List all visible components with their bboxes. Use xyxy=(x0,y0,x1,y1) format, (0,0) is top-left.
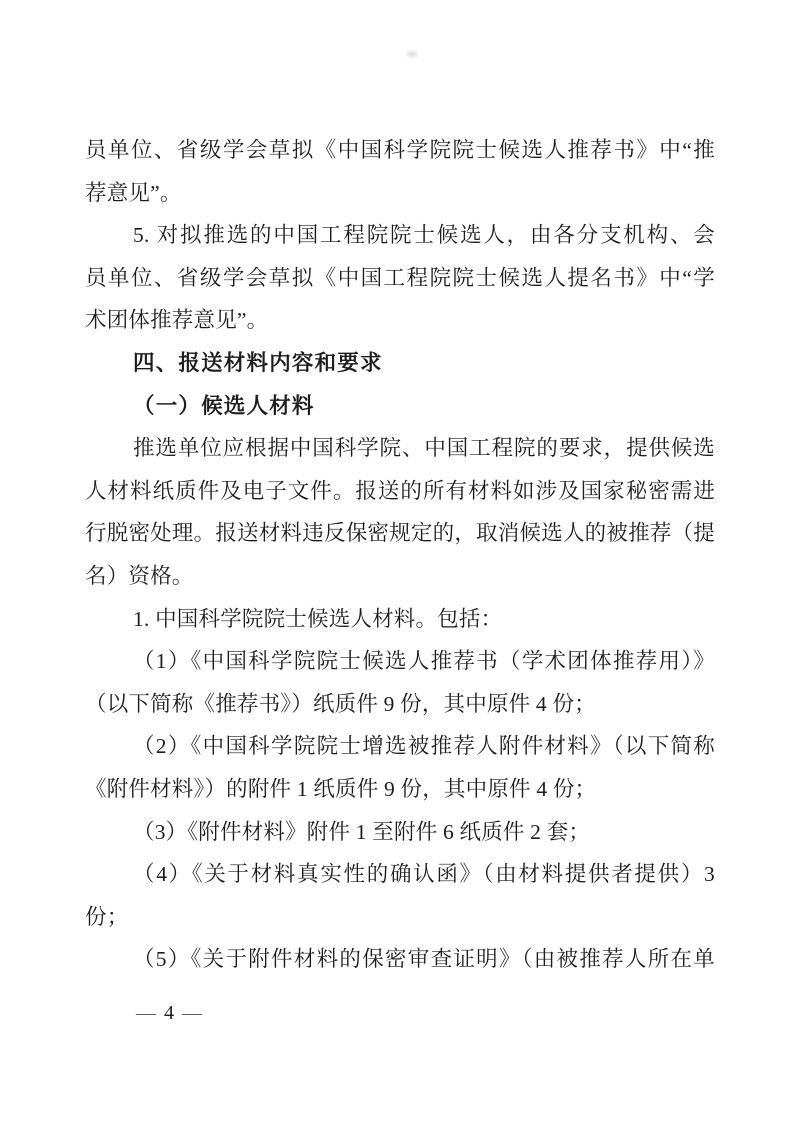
text-line: 员单位、省级学会草拟《中国科学院院士候选人推荐书》中“推 xyxy=(85,129,715,172)
text-line: 荐意见”。 xyxy=(85,172,715,215)
page-number: 4 xyxy=(164,1002,174,1024)
text-line: 推选单位应根据中国科学院、中国工程院的要求，提供候选 xyxy=(85,427,715,470)
text-line: 术团体推荐意见”。 xyxy=(85,299,715,342)
text-line: 员单位、省级学会草拟《中国工程院院士候选人提名书》中“学 xyxy=(85,257,715,300)
heading-line: （一）候选人材料 xyxy=(85,385,715,428)
footer-dash-left: — xyxy=(136,1002,156,1024)
text-line: （4）《关于材料真实性的确认函》（由材料提供者提供）3 xyxy=(85,853,715,896)
text-line: （5）《关于附件材料的保密审查证明》（由被推荐人所在单 xyxy=(85,938,715,981)
text-line: （1）《中国科学院院士候选人推荐书（学术团体推荐用）》 xyxy=(85,640,715,683)
text-line: 1. 中国科学院院士候选人材料。包括： xyxy=(85,598,715,641)
scan-artifact xyxy=(404,49,420,59)
text-line: 人材料纸质件及电子文件。报送的所有材料如涉及国家秘密需进 xyxy=(85,470,715,513)
footer-dash-right: — xyxy=(182,1002,202,1024)
text-line: 名）资格。 xyxy=(85,555,715,598)
page-footer: —4— xyxy=(136,1000,202,1026)
document-page: 员单位、省级学会草拟《中国科学院院士候选人推荐书》中“推荐意见”。5. 对拟推选… xyxy=(0,0,800,1131)
text-line: 《附件材料》）的附件 1 纸质件 9 份，其中原件 4 份； xyxy=(85,768,715,811)
text-line: 5. 对拟推选的中国工程院院士候选人，由各分支机构、会 xyxy=(85,214,715,257)
document-body: 员单位、省级学会草拟《中国科学院院士候选人推荐书》中“推荐意见”。5. 对拟推选… xyxy=(85,129,715,981)
text-line: 行脱密处理。报送材料违反保密规定的，取消候选人的被推荐（提 xyxy=(85,512,715,555)
text-line: （以下简称《推荐书》）纸质件 9 份，其中原件 4 份； xyxy=(85,683,715,726)
text-line: 份； xyxy=(85,896,715,939)
text-line: （3）《附件材料》附件 1 至附件 6 纸质件 2 套； xyxy=(85,811,715,854)
text-line: （2）《中国科学院院士增选被推荐人附件材料》（以下简称 xyxy=(85,725,715,768)
heading-line: 四、报送材料内容和要求 xyxy=(85,342,715,385)
